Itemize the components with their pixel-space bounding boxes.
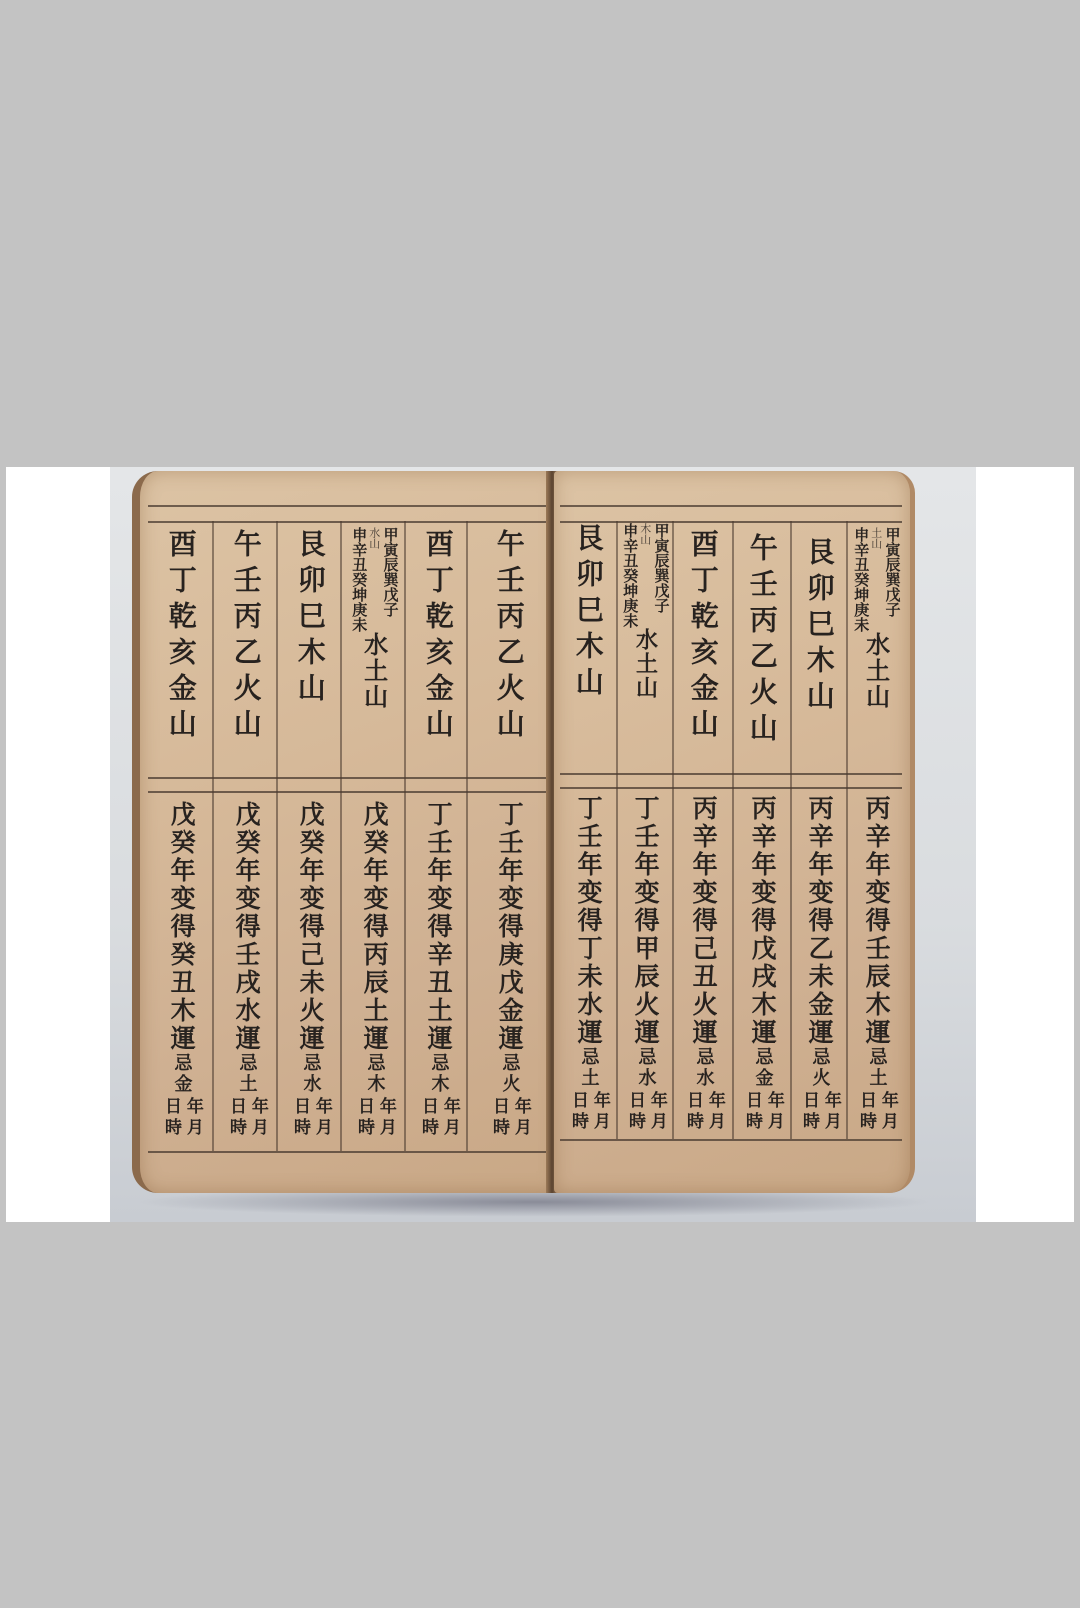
year-fortune-column: 丁壬年变得庚戊金運 忌火 年月 日時	[474, 801, 544, 1139]
year-change-text: 戊癸年变得己未火運	[297, 801, 323, 1053]
column-rule	[466, 521, 468, 1151]
time-labels: 年月 日時	[418, 1097, 458, 1139]
day-hour-label: 日時	[161, 1097, 179, 1139]
year-month-label: 年月	[376, 1097, 394, 1139]
bottom-border-rule	[148, 1151, 548, 1153]
image-frame: 午壬丙乙火山 酉丁乾亥金山 甲寅辰巽戊子 水山 申辛丑癸坤庚未 水土山 艮卯巳木…	[6, 467, 1074, 1222]
day-hour-label: 日時	[226, 1097, 244, 1139]
year-month-label: 年月	[705, 1091, 723, 1133]
mountain-column: 午壬丙乙火山	[734, 533, 790, 749]
year-fortune-column: 丁壬年变得甲辰火運 忌水 年月 日時	[618, 795, 672, 1133]
year-month-label: 年月	[590, 1091, 608, 1133]
column-text: 午壬丙乙火山	[747, 533, 776, 749]
annotation-tag: 水山	[368, 527, 380, 632]
avoid-text: 忌火	[500, 1053, 519, 1095]
year-fortune-column: 戊癸年变得丙辰土運 忌木 年月 日時	[344, 801, 404, 1139]
year-fortune-column: 丙辛年变得己丑火運 忌水 年月 日時	[674, 795, 732, 1133]
avoid-text: 忌土	[867, 1047, 886, 1089]
top-border-rule	[148, 505, 548, 507]
annotation-pair: 甲寅辰巽戊子 水山 申辛丑癸坤庚未	[350, 527, 397, 632]
mountain-column: 艮卯巳木山	[792, 537, 846, 717]
register-divider-rule	[560, 773, 902, 775]
year-change-text: 丙辛年变得戊戌木運	[749, 795, 775, 1047]
time-labels: 年月 日時	[489, 1097, 529, 1139]
year-fortune-column: 丙辛年变得壬辰木運 忌土 年月 日時	[848, 795, 904, 1133]
time-labels: 年月 日時	[856, 1091, 896, 1133]
year-month-label: 年月	[511, 1097, 529, 1139]
bottom-border-rule	[560, 1139, 902, 1141]
day-hour-label: 日時	[625, 1091, 643, 1133]
register-divider-rule	[148, 777, 548, 779]
column-end-text: 水土山	[361, 632, 386, 710]
main-annotation: 甲寅辰巽戊子	[382, 527, 398, 632]
mountain-column-annotated: 甲寅辰巽戊子 木山 申辛丑癸坤庚未 水土山	[618, 523, 672, 700]
year-fortune-column: 戊癸年变得癸丑木運 忌金 年月 日時	[150, 801, 212, 1139]
time-labels: 年月 日時	[290, 1097, 330, 1139]
column-text: 酉丁乾亥金山	[166, 529, 195, 745]
avoid-text: 忌土	[579, 1047, 598, 1089]
day-hour-label: 日時	[742, 1091, 760, 1133]
day-hour-label: 日時	[799, 1091, 817, 1133]
day-hour-label: 日時	[290, 1097, 308, 1139]
year-change-text: 丙辛年变得乙未金運	[806, 795, 832, 1047]
avoid-text: 忌土	[237, 1053, 256, 1095]
top-inner-rule	[148, 521, 548, 523]
column-text: 艮卯巳木山	[295, 529, 324, 709]
year-month-label: 年月	[878, 1091, 896, 1133]
year-change-text: 丁壬年变得庚戊金運	[496, 801, 522, 1053]
column-text: 艮卯巳木山	[804, 537, 833, 717]
avoid-text: 忌水	[694, 1047, 713, 1089]
mountain-column-annotated: 甲寅辰巽戊子 土山 申辛丑癸坤庚未 水土山	[848, 527, 904, 710]
day-hour-label: 日時	[354, 1097, 372, 1139]
time-labels: 年月 日時	[226, 1097, 266, 1139]
year-fortune-column: 戊癸年变得壬戌水運 忌土 年月 日時	[216, 801, 276, 1139]
year-fortune-column: 丁壬年变得丁未水運 忌土 年月 日時	[560, 795, 616, 1133]
year-fortune-column: 丙辛年变得乙未金運 忌火 年月 日時	[792, 795, 846, 1133]
time-labels: 年月 日時	[799, 1091, 839, 1133]
year-change-text: 丁壬年变得丁未水運	[575, 795, 601, 1047]
mountain-column: 酉丁乾亥金山	[150, 529, 212, 745]
avoid-text: 忌水	[636, 1047, 655, 1089]
mountain-column: 午壬丙乙火山	[474, 529, 544, 745]
column-text: 酉丁乾亥金山	[688, 529, 717, 745]
year-month-label: 年月	[183, 1097, 201, 1139]
time-labels: 年月 日時	[354, 1097, 394, 1139]
year-month-label: 年月	[440, 1097, 458, 1139]
mountain-column: 艮卯巳木山	[560, 523, 616, 703]
mountain-column: 酉丁乾亥金山	[674, 529, 732, 745]
side-annotation: 申辛丑癸坤庚未	[621, 523, 637, 628]
year-fortune-column: 戊癸年变得己未火運 忌水 年月 日時	[280, 801, 340, 1139]
column-text: 艮卯巳木山	[573, 523, 602, 703]
mountain-column: 午壬丙乙火山	[216, 529, 276, 745]
annotation-pair: 甲寅辰巽戊子 土山 申辛丑癸坤庚未	[852, 527, 899, 632]
year-change-text: 戊癸年变得壬戌水運	[233, 801, 259, 1053]
main-annotation: 甲寅辰巽戊子	[884, 527, 900, 632]
left-page: 午壬丙乙火山 酉丁乾亥金山 甲寅辰巽戊子 水山 申辛丑癸坤庚未 水土山 艮卯巳木…	[132, 471, 558, 1193]
year-change-text: 戊癸年变得丙辰土運	[361, 801, 387, 1053]
year-month-label: 年月	[821, 1091, 839, 1133]
year-change-text: 丙辛年变得壬辰木運	[863, 795, 889, 1047]
year-change-text: 丙辛年变得己丑火運	[690, 795, 716, 1047]
main-annotation: 甲寅辰巽戊子	[653, 523, 669, 628]
right-page: 甲寅辰巽戊子 土山 申辛丑癸坤庚未 水土山 艮卯巳木山 午壬丙乙火山 酉丁乾亥金…	[554, 471, 915, 1193]
year-month-label: 年月	[764, 1091, 782, 1133]
year-change-text: 戊癸年变得癸丑木運	[168, 801, 194, 1053]
annotation-pair: 甲寅辰巽戊子 木山 申辛丑癸坤庚未	[621, 523, 668, 628]
year-change-text: 丁壬年变得辛丑土運	[425, 801, 451, 1053]
time-labels: 年月 日時	[683, 1091, 723, 1133]
day-hour-label: 日時	[418, 1097, 436, 1139]
column-rule	[404, 521, 406, 1151]
column-rule	[276, 521, 278, 1151]
side-annotation: 申辛丑癸坤庚未	[852, 527, 868, 632]
column-end-text: 水土山	[863, 632, 888, 710]
avoid-text: 忌金	[753, 1047, 772, 1089]
annotation-tag: 木山	[639, 523, 651, 628]
day-hour-label: 日時	[683, 1091, 701, 1133]
top-border-rule	[560, 505, 902, 507]
year-month-label: 年月	[248, 1097, 266, 1139]
avoid-text: 忌木	[429, 1053, 448, 1095]
day-hour-label: 日時	[489, 1097, 507, 1139]
time-labels: 年月 日時	[568, 1091, 608, 1133]
manuscript-photo: 午壬丙乙火山 酉丁乾亥金山 甲寅辰巽戊子 水山 申辛丑癸坤庚未 水土山 艮卯巳木…	[110, 467, 976, 1222]
register-divider-rule-2	[560, 787, 902, 789]
year-fortune-column: 丁壬年变得辛丑土運 忌木 年月 日時	[410, 801, 466, 1139]
mountain-column-annotated: 甲寅辰巽戊子 水山 申辛丑癸坤庚未 水土山	[344, 527, 404, 710]
mountain-column: 艮卯巳木山	[280, 529, 340, 709]
avoid-text: 忌火	[810, 1047, 829, 1089]
time-labels: 年月 日時	[625, 1091, 665, 1133]
column-text: 午壬丙乙火山	[231, 529, 260, 745]
column-text: 午壬丙乙火山	[494, 529, 523, 745]
column-rule	[340, 521, 342, 1151]
avoid-text: 忌木	[365, 1053, 384, 1095]
annotation-tag: 土山	[870, 527, 882, 632]
year-fortune-column: 丙辛年变得戊戌木運 忌金 年月 日時	[734, 795, 790, 1133]
day-hour-label: 日時	[856, 1091, 874, 1133]
column-rule	[212, 521, 214, 1151]
day-hour-label: 日時	[568, 1091, 586, 1133]
column-end-text: 水土山	[633, 628, 656, 700]
avoid-text: 忌水	[301, 1053, 320, 1095]
time-labels: 年月 日時	[742, 1091, 782, 1133]
time-labels: 年月 日時	[161, 1097, 201, 1139]
column-text: 酉丁乾亥金山	[423, 529, 452, 745]
avoid-text: 忌金	[172, 1053, 191, 1095]
year-month-label: 年月	[647, 1091, 665, 1133]
register-divider-rule-2	[148, 791, 548, 793]
year-month-label: 年月	[312, 1097, 330, 1139]
side-annotation: 申辛丑癸坤庚未	[350, 527, 366, 632]
year-change-text: 丁壬年变得甲辰火運	[632, 795, 658, 1047]
mountain-column: 酉丁乾亥金山	[410, 529, 466, 745]
